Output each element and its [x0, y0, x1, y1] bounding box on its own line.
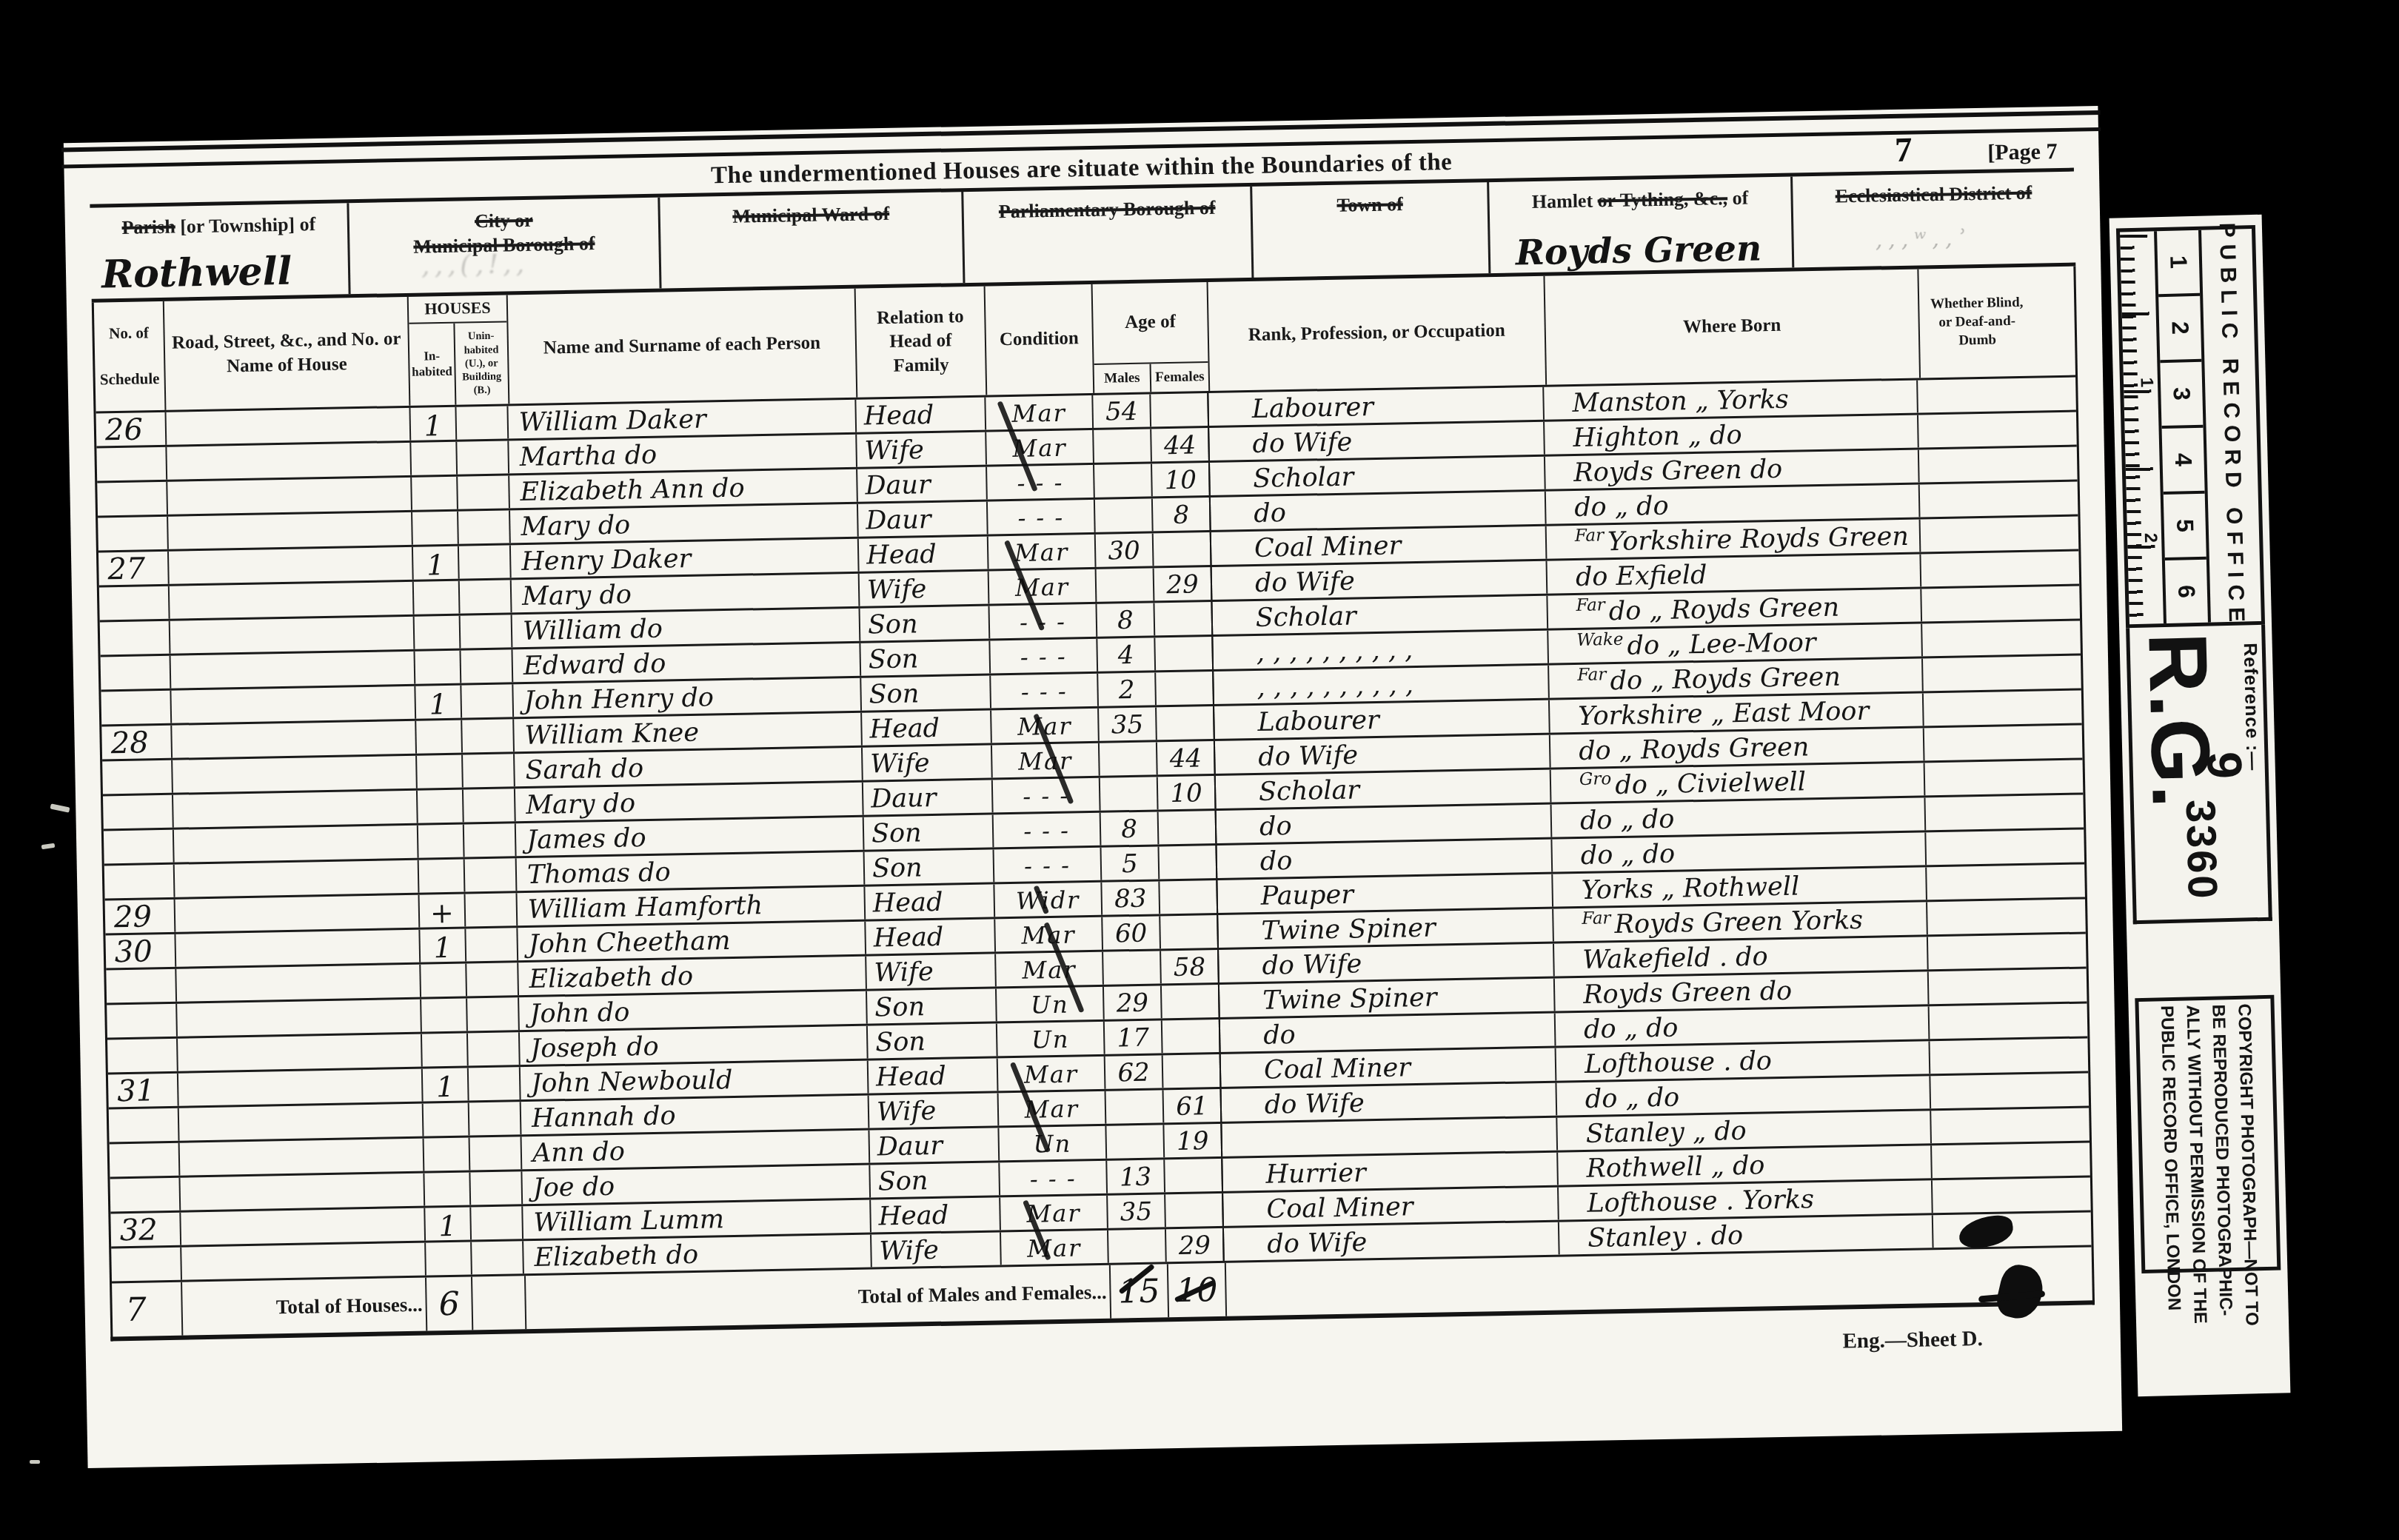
cell-name: John do: [519, 991, 868, 1031]
cell-occupation: do Wife: [1220, 1083, 1558, 1122]
rg-label: R.G.: [2129, 632, 2229, 810]
cell-occupation: Scholar: [1214, 770, 1552, 808]
cell-relation: Head: [856, 398, 986, 432]
cell-age-male: [1103, 951, 1162, 984]
cell-name: Ann do: [522, 1131, 871, 1170]
cell-occupation: do Wife: [1222, 1222, 1560, 1261]
cell-inhabited: 1: [413, 546, 460, 580]
cell-name: William do: [512, 609, 861, 648]
header-relation: Relation to Head of Family: [856, 287, 988, 398]
cell-age-male: 29: [1104, 985, 1162, 1019]
cell-inhabited: [411, 442, 458, 475]
cell-uninhabited: [458, 475, 510, 509]
cell-age-male: 60: [1103, 916, 1161, 949]
census-form: The undermentioned Houses are situate wi…: [89, 132, 2095, 1342]
cell-condition: Widr: [994, 883, 1103, 917]
cell-uninhabited: [471, 1206, 523, 1239]
cell-schedule: [110, 1143, 181, 1177]
index-number-cell: 5: [2164, 494, 2206, 560]
cell-relation: Son: [864, 814, 994, 849]
cell-where-born: Rothwell „ do: [1558, 1145, 1933, 1185]
cell-relation: Head: [865, 884, 995, 919]
cell-inhabited: 1: [423, 1068, 469, 1102]
cell-inhabited: [421, 964, 467, 997]
scan-artifact: [41, 843, 56, 849]
cell-age-female: 29: [1166, 1228, 1225, 1262]
header-schedule-line1: No. of: [109, 323, 149, 344]
cell-uninhabited: [457, 441, 509, 474]
cell-inhabited: [426, 1242, 472, 1275]
cell-age-female: [1165, 1159, 1223, 1192]
cell-where-born: do „ do: [1556, 1076, 1931, 1115]
cell-road: [171, 686, 416, 723]
cell-relation: Son: [861, 675, 991, 710]
cell-road: [175, 860, 420, 897]
cell-relation: Son: [867, 988, 997, 1023]
cell-road: [173, 791, 418, 828]
cell-age-female: [1160, 915, 1219, 948]
cell-condition: - - -: [993, 778, 1101, 813]
reference-box: R.G. Reference :— 9 3360: [2126, 625, 2272, 924]
cell-age-female: [1160, 880, 1218, 914]
cell-uninhabited: [472, 1241, 524, 1274]
hamlet-label-pre: Hamlet: [1532, 190, 1598, 212]
cell-inhabited: [418, 825, 465, 858]
cell-blind: [1926, 831, 2041, 866]
cell-age-male: 8: [1101, 811, 1160, 845]
parliamentary-struck-label: Parliamentary Borough of: [999, 197, 1216, 222]
cell-condition: - - -: [988, 500, 1096, 535]
city-struck-line1: City or: [475, 210, 533, 232]
district-cell-ecclesiastical: Ecclesiastical District of ‚,‚ʷ,‚ʾ: [1793, 172, 2075, 268]
index-number-cell: 6: [2165, 560, 2208, 623]
cell-occupation: Twine Spiner: [1218, 979, 1556, 1017]
cell-relation: Head: [859, 537, 989, 572]
cell-occupation: do Wife: [1214, 735, 1551, 774]
cell-where-born: Stanley . do: [1559, 1215, 1934, 1254]
cell-age-male: 35: [1108, 1194, 1166, 1228]
cell-relation: Head: [871, 1197, 1001, 1232]
header-where-born: Where Born: [1545, 269, 1921, 384]
cell-where-born: do „ do: [1556, 1006, 1930, 1045]
cell-occupation: Labourer: [1207, 387, 1545, 426]
cell-schedule: [104, 830, 175, 864]
header-schedule: No. of Schedule: [94, 301, 167, 412]
cell-road: [181, 1243, 426, 1280]
cell-blind: [1927, 866, 2042, 900]
cell-road: [168, 512, 413, 549]
cell-condition: Mar: [996, 952, 1104, 987]
cell-occupation: Pauper: [1216, 874, 1553, 913]
index-number-cell: 1: [2157, 230, 2200, 297]
cell-age-female: [1156, 672, 1214, 705]
cell-relation: Wife: [869, 1093, 1000, 1128]
cell-condition: - - -: [991, 674, 1099, 709]
cell-condition: Mar: [1000, 1196, 1108, 1231]
cell-name: Edward do: [512, 643, 861, 683]
cell-occupation: Labourer: [1213, 700, 1550, 739]
page-number: 7: [1894, 130, 1912, 170]
hamlet-label-post: of: [1727, 187, 1749, 210]
cell-uninhabited: [466, 962, 519, 996]
header-inhabited: In-habited: [409, 323, 456, 406]
cell-road: [177, 1000, 422, 1037]
header-houses: HOUSES: [409, 295, 507, 324]
scan-background: { "page": { "title": "The undermentioned…: [0, 0, 2399, 1540]
cell-inhabited: [416, 720, 463, 754]
cell-inhabited: [418, 790, 464, 823]
cell-name: William Hamforth: [517, 887, 866, 926]
cell-uninhabited: [465, 858, 518, 891]
cell-uninhabited: [464, 789, 516, 822]
cell-occupation: do Wife: [1208, 422, 1545, 461]
cell-road: [175, 895, 421, 932]
cell-age-female: 10: [1158, 776, 1217, 809]
census-table-body: 261William DakerHeadMar54LabourerManston…: [96, 378, 2092, 1284]
header-males: Males: [1094, 364, 1152, 392]
cell-blind: [1930, 1074, 2046, 1108]
cell-schedule: [104, 865, 175, 899]
cell-age-female: 61: [1164, 1089, 1222, 1122]
cell-age-male: [1106, 1090, 1165, 1123]
header-age: Age of: [1093, 282, 1208, 364]
header-occupation: Rank, Profession, or Occupation: [1208, 276, 1548, 391]
cell-blind: [1918, 378, 2033, 413]
cell-name: Joseph do: [520, 1026, 869, 1065]
cell-schedule: [107, 1039, 178, 1073]
cell-where-born: do „ Royds Green: [1550, 728, 1925, 767]
district-cell-ward: Municipal Ward of: [660, 192, 965, 288]
cell-blind: [1921, 552, 2036, 587]
header-uninhabited: Unin-habited (U.), or Building (B.): [455, 322, 508, 405]
header-females: Females: [1151, 363, 1209, 392]
cell-condition: - - -: [1000, 1161, 1108, 1196]
cell-condition: Mar: [989, 569, 1097, 604]
totals-males: 15: [1111, 1264, 1169, 1318]
cell-age-female: 10: [1152, 463, 1211, 496]
cell-uninhabited: [461, 615, 513, 648]
cell-relation: Wife: [860, 572, 990, 606]
header-houses-group: HOUSES In-habited Unin-habited (U.), or …: [409, 295, 510, 405]
cell-age-female: [1165, 1193, 1224, 1227]
cell-where-born: FarRoyds Green Yorks: [1553, 902, 1928, 941]
cell-age-male: [1100, 742, 1158, 775]
cell-age-female: 58: [1161, 950, 1219, 983]
district-cell-parish: Parish [or Township] of Rothwell: [90, 203, 350, 298]
cell-inhabited: [419, 860, 466, 893]
cell-occupation: do: [1215, 805, 1553, 843]
scan-artifact: [30, 1460, 40, 1464]
cell-where-born: Royds Green do: [1545, 449, 1920, 489]
cell-schedule: [107, 1004, 178, 1038]
cell-where-born: Fardo „ Royds Green: [1549, 658, 1924, 697]
totals-houses-value: 6: [426, 1276, 473, 1330]
cell-schedule: [101, 656, 172, 690]
cell-road: [170, 582, 415, 619]
cell-name: Elizabeth Ann do: [509, 469, 858, 509]
cell-road: [169, 547, 414, 584]
cell-inhabited: +: [420, 894, 466, 928]
cell-schedule: [99, 586, 170, 620]
cell-schedule: 31: [108, 1074, 179, 1108]
cell-road: [173, 756, 418, 793]
cell-uninhabited: [466, 893, 518, 926]
cell-name: Hannah do: [521, 1096, 870, 1135]
cell-uninhabited: [462, 719, 515, 752]
cell-condition: - - -: [994, 813, 1102, 848]
cell-condition: - - -: [987, 465, 1095, 500]
cell-blind: [1931, 1108, 2047, 1143]
cell-schedule: [98, 517, 169, 551]
cell-age-male: [1108, 1229, 1167, 1262]
cell-where-born: do Exfield: [1548, 554, 1922, 593]
cell-inhabited: [424, 1103, 470, 1136]
cell-inhabited: [412, 512, 459, 545]
cell-uninhabited: [470, 1136, 523, 1170]
cell-where-born: FarYorkshire Royds Green: [1547, 519, 1921, 558]
cell-name: John Henry do: [513, 678, 862, 717]
cell-age-male: 54: [1093, 394, 1151, 427]
cell-occupation: do: [1209, 492, 1547, 530]
cell-name: William Lumm: [523, 1200, 871, 1239]
cell-where-born: do „ do: [1552, 797, 1927, 837]
copyright-text: COPYRIGHT PHOTOGRAPH—NOT TOBE REPRODUCED…: [2150, 999, 2266, 1269]
cell-blind: [1919, 448, 2035, 483]
born-note: Wake: [1576, 630, 1623, 650]
index-number-cell: 4: [2162, 428, 2205, 495]
header-schedule-line2: Schedule: [100, 369, 160, 390]
copyright-box: COPYRIGHT PHOTOGRAPH—NOT TOBE REPRODUCED…: [2135, 995, 2281, 1273]
cell-name: Martha do: [509, 435, 857, 474]
cell-condition: - - -: [989, 604, 1097, 639]
ecclesiastical-struck-label: Ecclesiastical District of: [1835, 182, 2032, 207]
cell-name: Mary do: [510, 504, 859, 543]
cell-inhabited: [424, 1137, 471, 1171]
cell-blind: [1923, 657, 2038, 692]
cell-uninhabited: [460, 580, 512, 613]
cell-condition: Mar: [1001, 1231, 1109, 1265]
cell-occupation: Coal Miner: [1219, 1048, 1557, 1087]
totals-schedule-value: 7: [112, 1290, 147, 1329]
cell-condition: Un: [997, 1022, 1105, 1057]
cell-blind: [1930, 1039, 2045, 1074]
cell-relation: Son: [860, 606, 991, 641]
cell-where-born: Highton „ do: [1545, 415, 1919, 454]
cell-age-male: 30: [1096, 533, 1154, 566]
cell-blind: [1933, 1178, 2048, 1213]
cell-age-male: [1100, 777, 1159, 810]
cell-age-male: 8: [1097, 603, 1155, 636]
cell-occupation: Hurrier: [1221, 1153, 1559, 1191]
cell-relation: Head: [866, 919, 996, 954]
cell-blind: [1925, 796, 2041, 831]
cell-age-male: 4: [1097, 637, 1156, 671]
cell-inhabited: 1: [410, 407, 457, 441]
cell-road: [179, 1104, 424, 1141]
cell-name: Elizabeth do: [523, 1235, 872, 1274]
cell-relation: Son: [868, 1023, 998, 1058]
cell-name: James do: [516, 817, 865, 857]
cell-age-female: [1151, 393, 1209, 426]
cell-occupation: Scholar: [1211, 596, 1548, 635]
cell-schedule: [102, 760, 173, 794]
born-note: Far: [1576, 595, 1605, 615]
cell-occupation: Twine Spiner: [1217, 909, 1554, 948]
cell-age-male: [1095, 498, 1154, 532]
cell-schedule: [100, 621, 171, 655]
cell-age-male: 2: [1098, 672, 1157, 706]
scan-artifact: [50, 803, 70, 812]
parish-label: [or Township] of: [175, 213, 315, 237]
sheet-footer: Eng.—Sheet D.: [1842, 1327, 1983, 1353]
cell-road: [175, 930, 421, 967]
cell-occupation: , , , , , , , , , ,: [1211, 631, 1549, 669]
cell-name: William Knee: [514, 713, 863, 752]
cell-inhabited: [415, 651, 461, 684]
cell-age-female: [1154, 532, 1212, 566]
district-cell-hamlet: Hamlet or Tything, &c., of Royds Green: [1489, 177, 1794, 273]
cell-relation: Son: [865, 849, 995, 884]
totals-houses-label: Total of Houses...: [182, 1278, 427, 1336]
cell-road: [180, 1139, 425, 1176]
born-note: Far: [1582, 908, 1611, 928]
cell-road: [172, 721, 417, 758]
totals-schedule: 7: [112, 1282, 183, 1337]
cell-age-male: [1094, 429, 1152, 462]
town-struck-label: Town of: [1336, 193, 1403, 216]
cell-relation: Daur: [857, 467, 988, 502]
cell-blind: [1920, 483, 2035, 518]
cell-schedule: [109, 1108, 180, 1142]
cell-age-female: 8: [1153, 498, 1211, 531]
cell-name: John Newbould: [521, 1061, 869, 1100]
cell-age-male: 17: [1105, 1020, 1163, 1054]
cell-age-male: [1097, 568, 1155, 601]
cell-relation: Daur: [858, 502, 988, 537]
cell-age-male: 13: [1107, 1159, 1165, 1193]
cell-blind: [1921, 587, 2037, 622]
totals-mf-label: Total of Males and Females...: [526, 1265, 1111, 1329]
cell-age-female: 44: [1157, 741, 1216, 774]
hamlet-value: Royds Green: [1515, 228, 1761, 276]
cell-condition: - - -: [994, 848, 1103, 883]
cell-where-born: Grodo „ Civielwell: [1551, 763, 1926, 802]
cell-where-born: Fardo „ Royds Green: [1548, 589, 1922, 628]
totals-females-number: 10: [1176, 1271, 1218, 1310]
cell-age-female: [1163, 1054, 1222, 1088]
cell-name: Sarah do: [515, 748, 863, 787]
ruler-mark-1: 1: [2136, 378, 2157, 388]
cell-road: [167, 408, 412, 445]
header-houses-sub: In-habited Unin-habited (U.), or Buildin…: [409, 322, 508, 406]
cell-relation: Head: [869, 1058, 999, 1093]
cell-age-female: [1159, 846, 1217, 879]
cell-age-female: 44: [1151, 428, 1210, 461]
cell-uninhabited: [469, 1067, 521, 1100]
cell-uninhabited: [461, 649, 513, 683]
header-age-sub: Males Females: [1094, 361, 1209, 393]
cell-uninhabited: [470, 1171, 523, 1205]
cell-where-born: do „ do: [1546, 484, 1921, 523]
totals-houses-number: 6: [438, 1285, 460, 1323]
cell-occupation: do: [1219, 1014, 1556, 1052]
cell-relation: Daur: [869, 1128, 1000, 1162]
cell-occupation: Coal Miner: [1210, 526, 1548, 565]
cell-uninhabited: [468, 1032, 521, 1065]
cell-road: [167, 443, 412, 480]
district-cell-city: City or Municipal Borough of ,‚‚(‚!,,: [349, 198, 661, 295]
cell-schedule: [96, 447, 167, 481]
cell-name: Mary do: [512, 574, 860, 613]
cell-age-female: [1162, 985, 1220, 1018]
cell-blind: [1925, 761, 2041, 796]
cell-occupation: do Wife: [1217, 944, 1555, 982]
cell-uninhabited: [466, 928, 518, 961]
cell-schedule: 27: [98, 552, 170, 586]
cell-uninhabited: [463, 754, 515, 787]
totals-uninhabited: [472, 1276, 526, 1330]
district-cell-parliamentary: Parliamentary Borough of: [963, 187, 1254, 283]
cell-relation: Head: [862, 710, 992, 745]
cell-age-male: [1094, 463, 1153, 497]
cell-occupation: , , , , , , , , , ,: [1212, 666, 1550, 704]
cell-name: Mary do: [515, 783, 864, 822]
cell-age-male: 5: [1102, 846, 1160, 880]
cell-where-born: Royds Green do: [1555, 971, 1930, 1011]
cell-uninhabited: [459, 545, 512, 578]
cell-relation: Wife: [857, 432, 987, 467]
cell-road: [181, 1208, 426, 1245]
cell-age-female: [1162, 1020, 1221, 1053]
cell-name: William Daker: [508, 400, 857, 439]
cell-schedule: [103, 795, 174, 829]
cell-uninhabited: [458, 510, 511, 543]
cell-blind: [1929, 970, 2044, 1005]
cell-schedule: [111, 1248, 182, 1282]
cell-road: [178, 1034, 423, 1071]
census-sheet: The undermentioned Houses are situate wi…: [64, 106, 2122, 1468]
cell-road: [174, 826, 419, 863]
header-name: Name and Surname of each Person: [508, 289, 858, 404]
cell-occupation: Scholar: [1208, 457, 1546, 495]
index-number-cell: 3: [2160, 362, 2203, 429]
cell-age-male: 62: [1105, 1055, 1164, 1088]
cell-uninhabited: [456, 406, 509, 439]
cell-uninhabited: [461, 684, 514, 717]
cell-condition: Un: [997, 987, 1105, 1022]
cell-where-born: do „ do: [1552, 832, 1927, 871]
cell-inhabited: [424, 1172, 471, 1205]
cell-schedule: 30: [105, 934, 176, 968]
cell-age-female: 19: [1164, 1124, 1222, 1157]
series-number: 9: [2196, 751, 2253, 780]
cell-age-female: [1155, 637, 1214, 670]
cell-where-born: Manston „ Yorks: [1544, 380, 1918, 419]
cell-condition: Un: [999, 1126, 1107, 1161]
cell-inhabited: [415, 616, 461, 649]
cell-age-female: [1159, 811, 1217, 844]
cell-condition: - - -: [990, 639, 1098, 674]
header-age-group: Age of Males Females: [1093, 282, 1211, 393]
cell-schedule: [101, 691, 172, 725]
cell-blind: [1922, 622, 2038, 657]
cell-blind: [1927, 900, 2043, 935]
pro-label-card: 1 2 123456 PUBLIC RECORD OFFICE R.G. Ref…: [2109, 215, 2291, 1397]
page-label: [Page 7: [1987, 139, 2058, 166]
cell-inhabited: [414, 581, 461, 615]
born-note: Gro: [1579, 769, 1612, 789]
cell-schedule: [110, 1178, 181, 1212]
